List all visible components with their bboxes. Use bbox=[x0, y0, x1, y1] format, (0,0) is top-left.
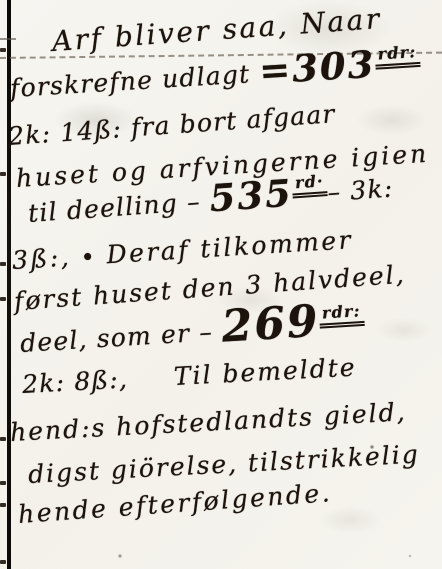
margin-tick bbox=[0, 560, 6, 564]
margin-tick bbox=[0, 503, 6, 507]
line-text: til deelling – bbox=[27, 186, 211, 228]
margin-tick bbox=[0, 172, 6, 176]
line-text: Til bemeldte bbox=[173, 352, 357, 391]
currency-abbrev: rd· bbox=[291, 171, 327, 198]
line-text: – 3k: bbox=[327, 173, 395, 207]
amount-value: =303 bbox=[258, 42, 377, 93]
line-text: hende efterfølgende. bbox=[17, 478, 333, 529]
margin-tick bbox=[0, 481, 6, 485]
margin-tick bbox=[0, 297, 6, 301]
margin-tick bbox=[0, 437, 6, 441]
margin-tick bbox=[0, 262, 6, 266]
margin-tick bbox=[0, 48, 6, 52]
amount-value: 535 bbox=[208, 171, 294, 221]
line-text: 2k: 8ß:, bbox=[21, 364, 128, 399]
manuscript-page: Arf bliver saa, Naar forskrefne udlagt =… bbox=[0, 0, 442, 569]
currency-abbrev: rdr: bbox=[374, 42, 420, 70]
currency-abbrev: rdr: bbox=[318, 301, 364, 329]
margin-dash-mark bbox=[0, 38, 16, 40]
